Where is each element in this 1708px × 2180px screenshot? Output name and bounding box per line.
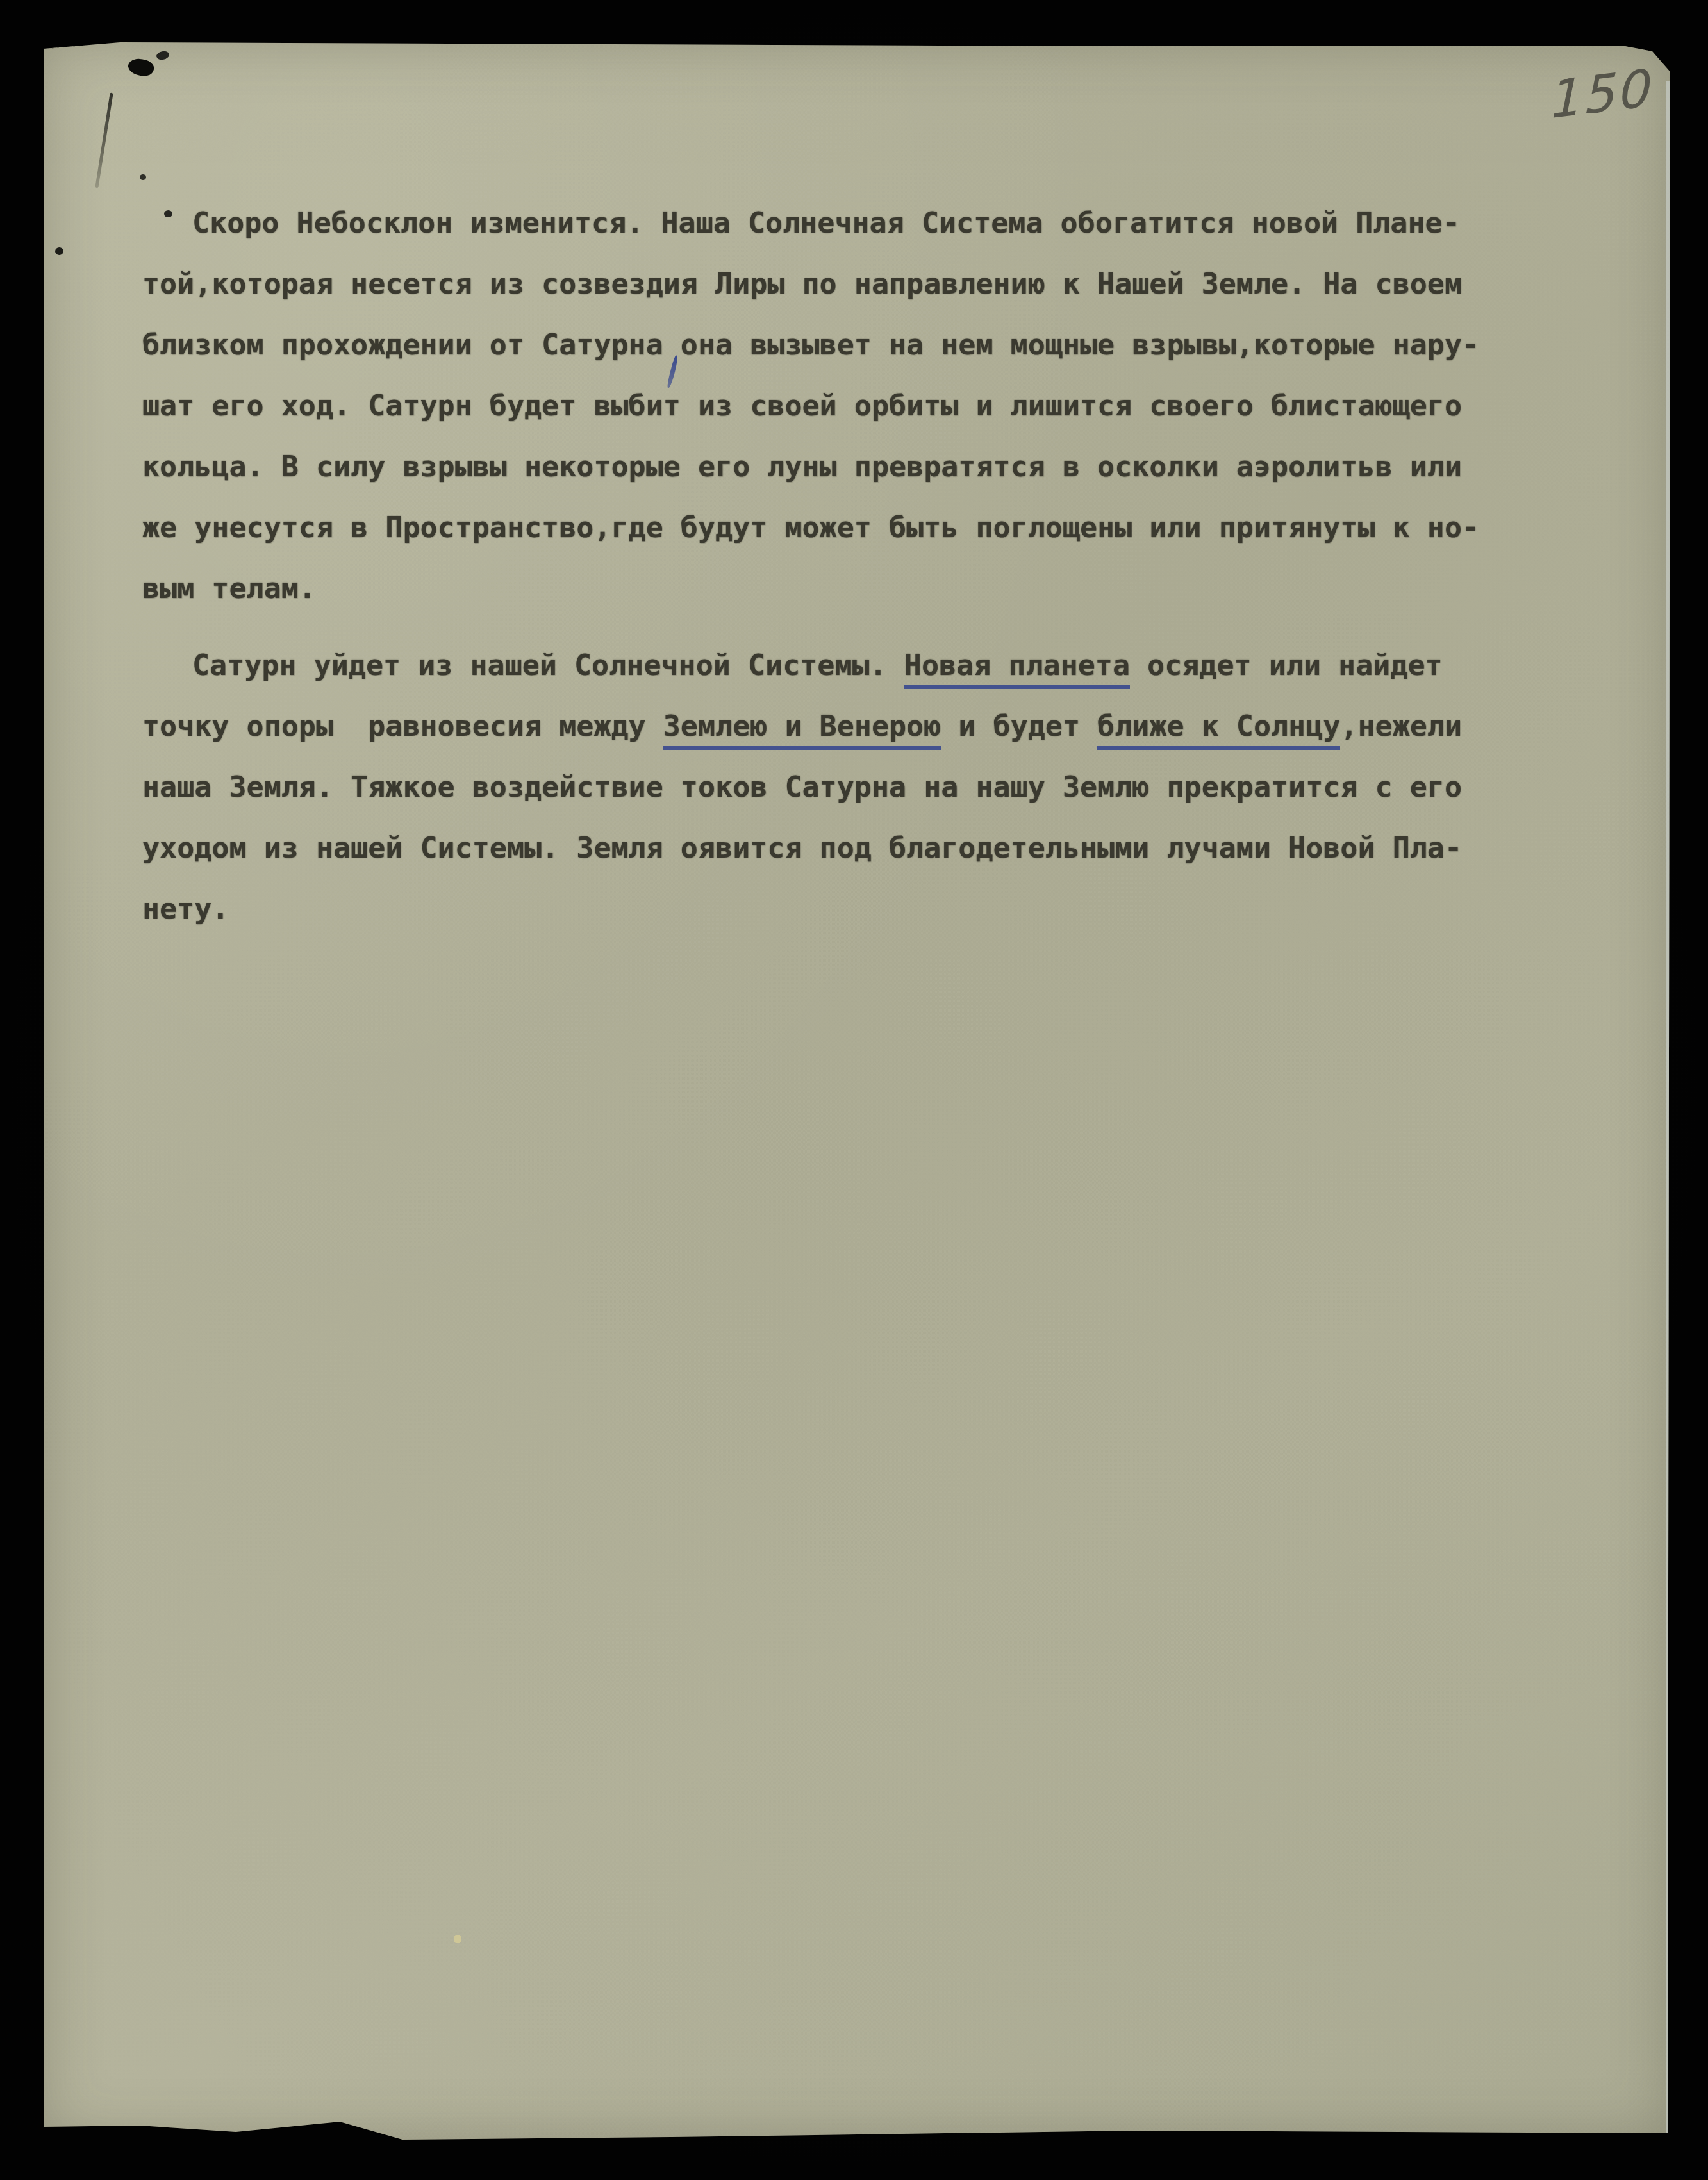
- scan-background: 150 Скоро Небосклон изменится. Наша Солн…: [0, 0, 1708, 2180]
- text-line-2: той,которая несется из созвездия Лиры по…: [142, 253, 1527, 314]
- text-segment: наша Земля. Тяжкое воздействие токов Сат…: [142, 770, 1462, 804]
- text-line-4: шат его ход. Сатурн будет выбит из своей…: [142, 375, 1527, 436]
- ink-dot: [55, 247, 63, 255]
- text-segment: нету.: [142, 892, 229, 926]
- text-segment: той,которая несется из созвездия Лиры по…: [142, 267, 1462, 301]
- text-line-6: же унесутся в Пространство,где будут мож…: [142, 497, 1527, 558]
- text-segment: шат его ход. Сатурн будет выбит из своей…: [142, 388, 1462, 422]
- paper-tear-mark: [156, 50, 170, 61]
- text-segment: точку опоры равновесия между: [142, 709, 663, 743]
- text-segment: ,нежели: [1340, 709, 1462, 743]
- text-segment: же унесутся в Пространство,где будут мож…: [142, 510, 1479, 544]
- text-line-11: уходом из нашей Системы. Земля оявится п…: [142, 817, 1527, 878]
- text-segment: осядет или найдет: [1130, 648, 1443, 682]
- text-line-7: вым телам.: [142, 558, 1527, 619]
- text-line-10: наша Земля. Тяжкое воздействие токов Сат…: [142, 756, 1527, 817]
- underlined-text-segment: Новая планета: [904, 648, 1130, 689]
- text-line-1: Скоро Небосклон изменится. Наша Солнечна…: [142, 192, 1527, 253]
- handwritten-page-number: 150: [1551, 58, 1655, 131]
- paper-tear-mark: [126, 55, 156, 79]
- underlined-text-segment: ближе к Солнцу: [1097, 709, 1340, 750]
- text-line-5: кольца. В силу взрывы некоторые его луны…: [142, 436, 1527, 497]
- text-segment: вым телам.: [142, 571, 316, 605]
- typewritten-text: Скоро Небосклон изменится. Наша Солнечна…: [142, 192, 1527, 939]
- paper-crack-mark: [95, 93, 113, 188]
- paragraph-2: Сатурн уйдет из нашей Солнечной Системы.…: [142, 635, 1527, 939]
- text-line-8: Сатурн уйдет из нашей Солнечной Системы.…: [142, 635, 1527, 695]
- paper-speck: [140, 174, 146, 180]
- text-segment: и будет: [941, 709, 1097, 743]
- text-segment: кольца. В силу взрывы некоторые его луны…: [142, 449, 1462, 483]
- text-line-12: нету.: [142, 878, 1527, 939]
- text-line-9: точку опоры равновесия между Землею и Ве…: [142, 695, 1527, 756]
- text-segment: уходом из нашей Системы. Земля оявится п…: [142, 831, 1462, 865]
- text-segment: Скоро Небосклон изменится. Наша Солнечна…: [192, 206, 1460, 240]
- text-segment: близком прохождении от Сатурна она вызыв…: [142, 328, 1479, 362]
- pencil-scribble: [51, 44, 81, 49]
- document-page: 150 Скоро Небосклон изменится. Наша Солн…: [44, 42, 1670, 2140]
- text-segment: Сатурн уйдет из нашей Солнечной Системы.: [192, 648, 904, 682]
- underlined-text-segment: Землею и Венерою: [663, 709, 941, 750]
- paper-stain: [454, 1935, 461, 1943]
- scan-edge-highlight: [1666, 81, 1670, 2136]
- text-line-3: близком прохождении от Сатурна она вызыв…: [142, 314, 1527, 375]
- paragraph-1: Скоро Небосклон изменится. Наша Солнечна…: [142, 192, 1527, 619]
